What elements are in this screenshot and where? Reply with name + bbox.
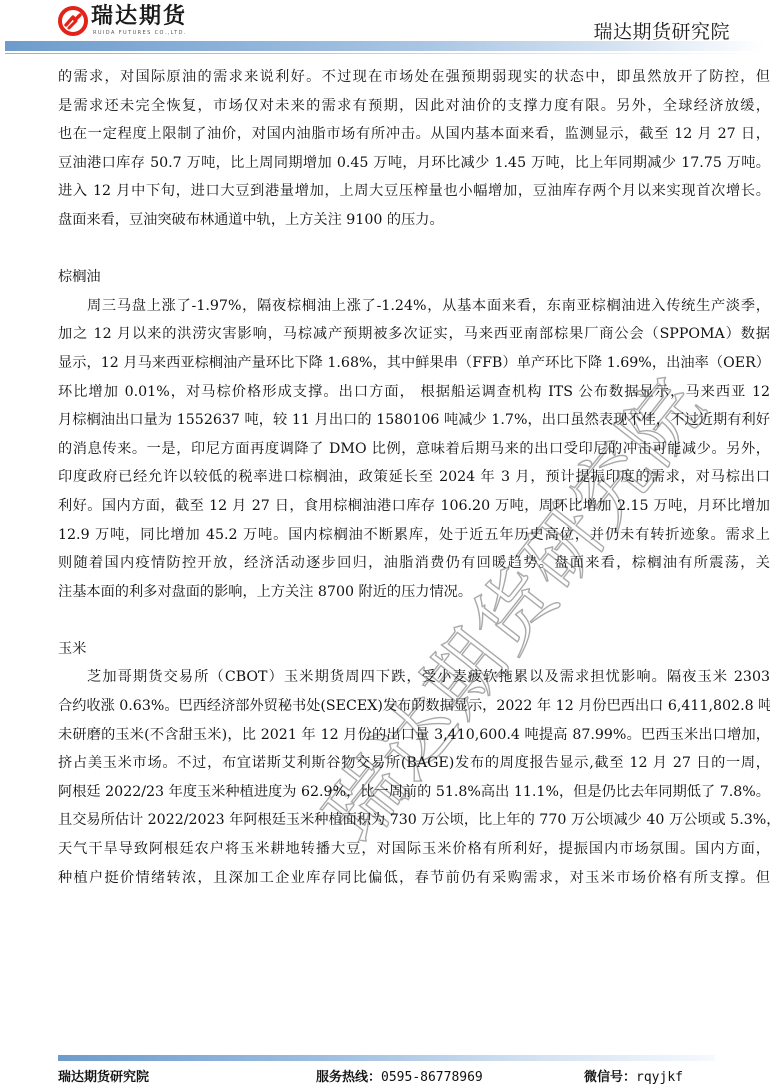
paragraph-line: 挤占美玉米市场。不过，布宜诺斯艾利斯谷物交易所(BAGE)发布的周度报告显示,截… <box>58 749 770 778</box>
paragraph-line: 豆油港口库存 50.7 万吨，比上周同期增加 0.45 万吨，月环比减少 1.4… <box>58 149 770 178</box>
spacer <box>58 606 770 635</box>
paragraph-line: 合约收涨 0.63%。巴西经济部外贸秘书处(SECEX)发布的数据显示，2022… <box>58 692 770 721</box>
soybean-oil-section: 的需求，对国际原油的需求来说利好。不过现在市场处在强预期弱现实的状态中，即虽然放… <box>58 63 770 235</box>
paragraph-line: 是需求还未完全恢复，市场仅对未来的需求有预期，因此对油价的支撑力度有限。另外，全… <box>58 92 770 121</box>
section-title-corn: 玉米 <box>58 635 770 664</box>
document-body: 的需求，对国际原油的需求来说利好。不过现在市场处在强预期弱现实的状态中，即虽然放… <box>58 63 770 892</box>
header-title: 瑞达期货研究院 <box>593 17 730 44</box>
paragraph-line: 环比增加 0.01%，对马棕价格形成支撑。出口方面， 根据船运调查机构 ITS … <box>58 378 770 407</box>
paragraph-line: 则随着国内疫情防控开放，经济活动逐步回归，油脂消费仍有回暖趋势。盘面来看，棕榈油… <box>58 549 770 578</box>
paragraph-line: 种植户挺价情绪转浓，且深加工企业库存同比偏低，春节前仍有采购需求，对玉米市场价格… <box>58 864 770 893</box>
paragraph-line: 天气干旱导致阿根廷农户将玉米耕地转播大豆，对国际玉米价格有所利好，提振国内市场氛… <box>58 835 770 864</box>
wechat-id: rqyjkf <box>636 1070 683 1085</box>
paragraph-line: 显示，12 月马来西亚棕榈油产量环比下降 1.68%，其中鲜果串（FFB）单产环… <box>58 349 770 378</box>
footer-gradient-bar <box>58 1055 715 1061</box>
header-gradient-bar <box>5 41 765 51</box>
footer-org-name: 瑞达期货研究院 <box>58 1066 149 1085</box>
paragraph-line: 盘面来看，豆油突破布林通道中轨，上方关注 9100 的压力。 <box>58 206 770 235</box>
header-divider <box>5 53 765 54</box>
paragraph-line: 芝加哥期货交易所（CBOT）玉米期货周四下跌，受小麦疲软拖累以及需求担忧影响。隔… <box>58 663 770 692</box>
corn-section: 玉米 芝加哥期货交易所（CBOT）玉米期货周四下跌，受小麦疲软拖累以及需求担忧影… <box>58 635 770 892</box>
paragraph-line: 进入 12 月中下旬，进口大豆到港量增加，上周大豆压榨量也小幅增加，豆油库存两个… <box>58 177 770 206</box>
paragraph-line: 印度政府已经允许以较低的税率进口棕榈油，政策延长至 2024 年 3 月，预计提… <box>58 463 770 492</box>
paragraph-line: 且交易所估计 2022/2023 年阿根廷玉米种植面积为 730 万公顷，比上年… <box>58 806 770 835</box>
paragraph-line: 月棕榈油出口量为 1552637 吨，较 11 月出口的 1580106 吨减少… <box>58 406 770 435</box>
footer-hotline: 服务热线：0595-86778969 <box>316 1066 483 1085</box>
ruida-logo-icon <box>58 6 88 36</box>
paragraph-line: 未研磨的玉米(不含甜玉米)，比 2021 年 12 月份的出口量 3,410,6… <box>58 721 770 750</box>
paragraph-line: 周三马盘上涨了-1.97%，隔夜棕榈油上涨了-1.24%，从基本面来看，东南亚棕… <box>58 292 770 321</box>
wechat-label: 微信号： <box>584 1070 636 1085</box>
logo-english-name: RUIDA FUTURES CO.,LTD. <box>93 30 187 37</box>
company-logo: 瑞达期货 RUIDA FUTURES CO.,LTD. <box>58 4 187 38</box>
page-footer: 瑞达期货研究院 服务热线：0595-86778969 微信号：rqyjkf <box>58 1066 718 1086</box>
footer-wechat: 微信号：rqyjkf <box>584 1066 683 1085</box>
paragraph-line: 利好。国内方面，截至 12 月 27 日，食用棕榈油港口库存 106.20 万吨… <box>58 492 770 521</box>
paragraph-line: 的消息传来。一是，印尼方面再度调降了 DMO 比例，意味着后期马来的出口受印尼的… <box>58 435 770 464</box>
palm-oil-section: 棕榈油 周三马盘上涨了-1.97%，隔夜棕榈油上涨了-1.24%，从基本面来看，… <box>58 263 770 606</box>
spacer <box>58 235 770 264</box>
logo-chinese-name: 瑞达期货 <box>91 4 187 30</box>
paragraph-line: 阿根廷 2022/23 年度玉米种植进度为 62.9%，比一周前的 51.8%高… <box>58 778 770 807</box>
paragraph-line: 加之 12 月以来的洪涝灾害影响，马棕减产预期被多次证实，马来西亚南部棕果厂商公… <box>58 320 770 349</box>
page-header: 瑞达期货 RUIDA FUTURES CO.,LTD. 瑞达期货研究院 <box>0 0 770 56</box>
section-title-palm-oil: 棕榈油 <box>58 263 770 292</box>
hotline-label: 服务热线： <box>316 1070 381 1085</box>
paragraph-line: 的需求，对国际原油的需求来说利好。不过现在市场处在强预期弱现实的状态中，即虽然放… <box>58 63 770 92</box>
hotline-number: 0595-86778969 <box>381 1070 483 1085</box>
paragraph-line: 12.9 万吨，同比增加 45.2 万吨。国内棕榈油不断累库，处于近五年历史高位… <box>58 521 770 550</box>
paragraph-line: 也在一定程度上限制了油价，对国内油脂市场有所冲击。从国内基本面来看，监测显示，截… <box>58 120 770 149</box>
paragraph-line: 注基本面的利多对盘面的影响，上方关注 8700 附近的压力情况。 <box>58 578 770 607</box>
